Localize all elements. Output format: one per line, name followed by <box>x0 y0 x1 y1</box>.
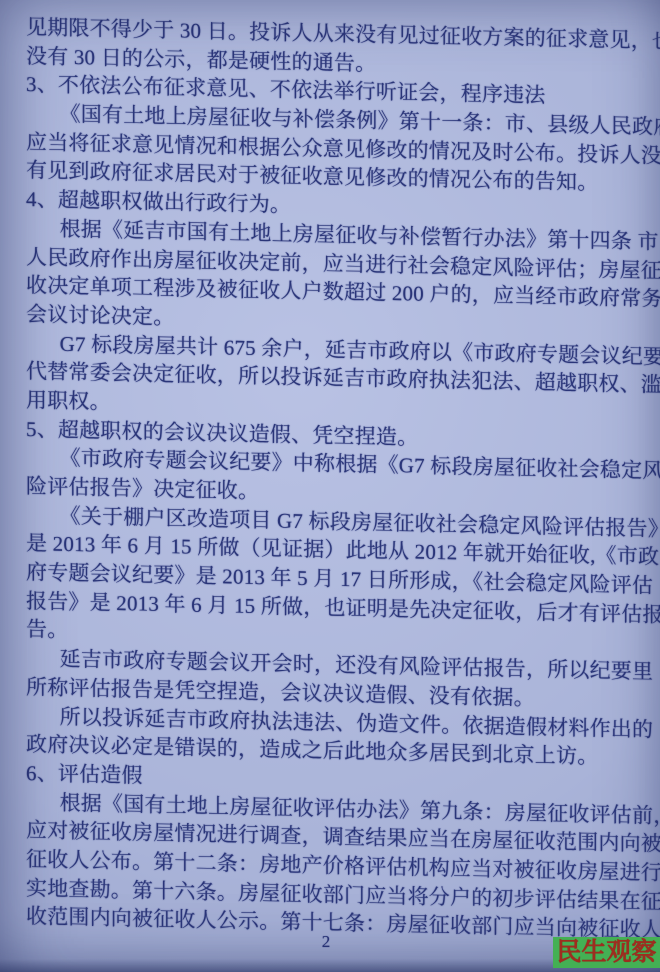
watermark-badge: 民生观察 <box>553 937 660 968</box>
document-photo: 见期限不得少于 30 日。投诉人从来没有见过征收方案的征求意见，也没有 30 日… <box>0 0 660 972</box>
document-text-block: 见期限不得少于 30 日。投诉人从来没有见过征收方案的征求意见，也没有 30 日… <box>26 13 658 945</box>
